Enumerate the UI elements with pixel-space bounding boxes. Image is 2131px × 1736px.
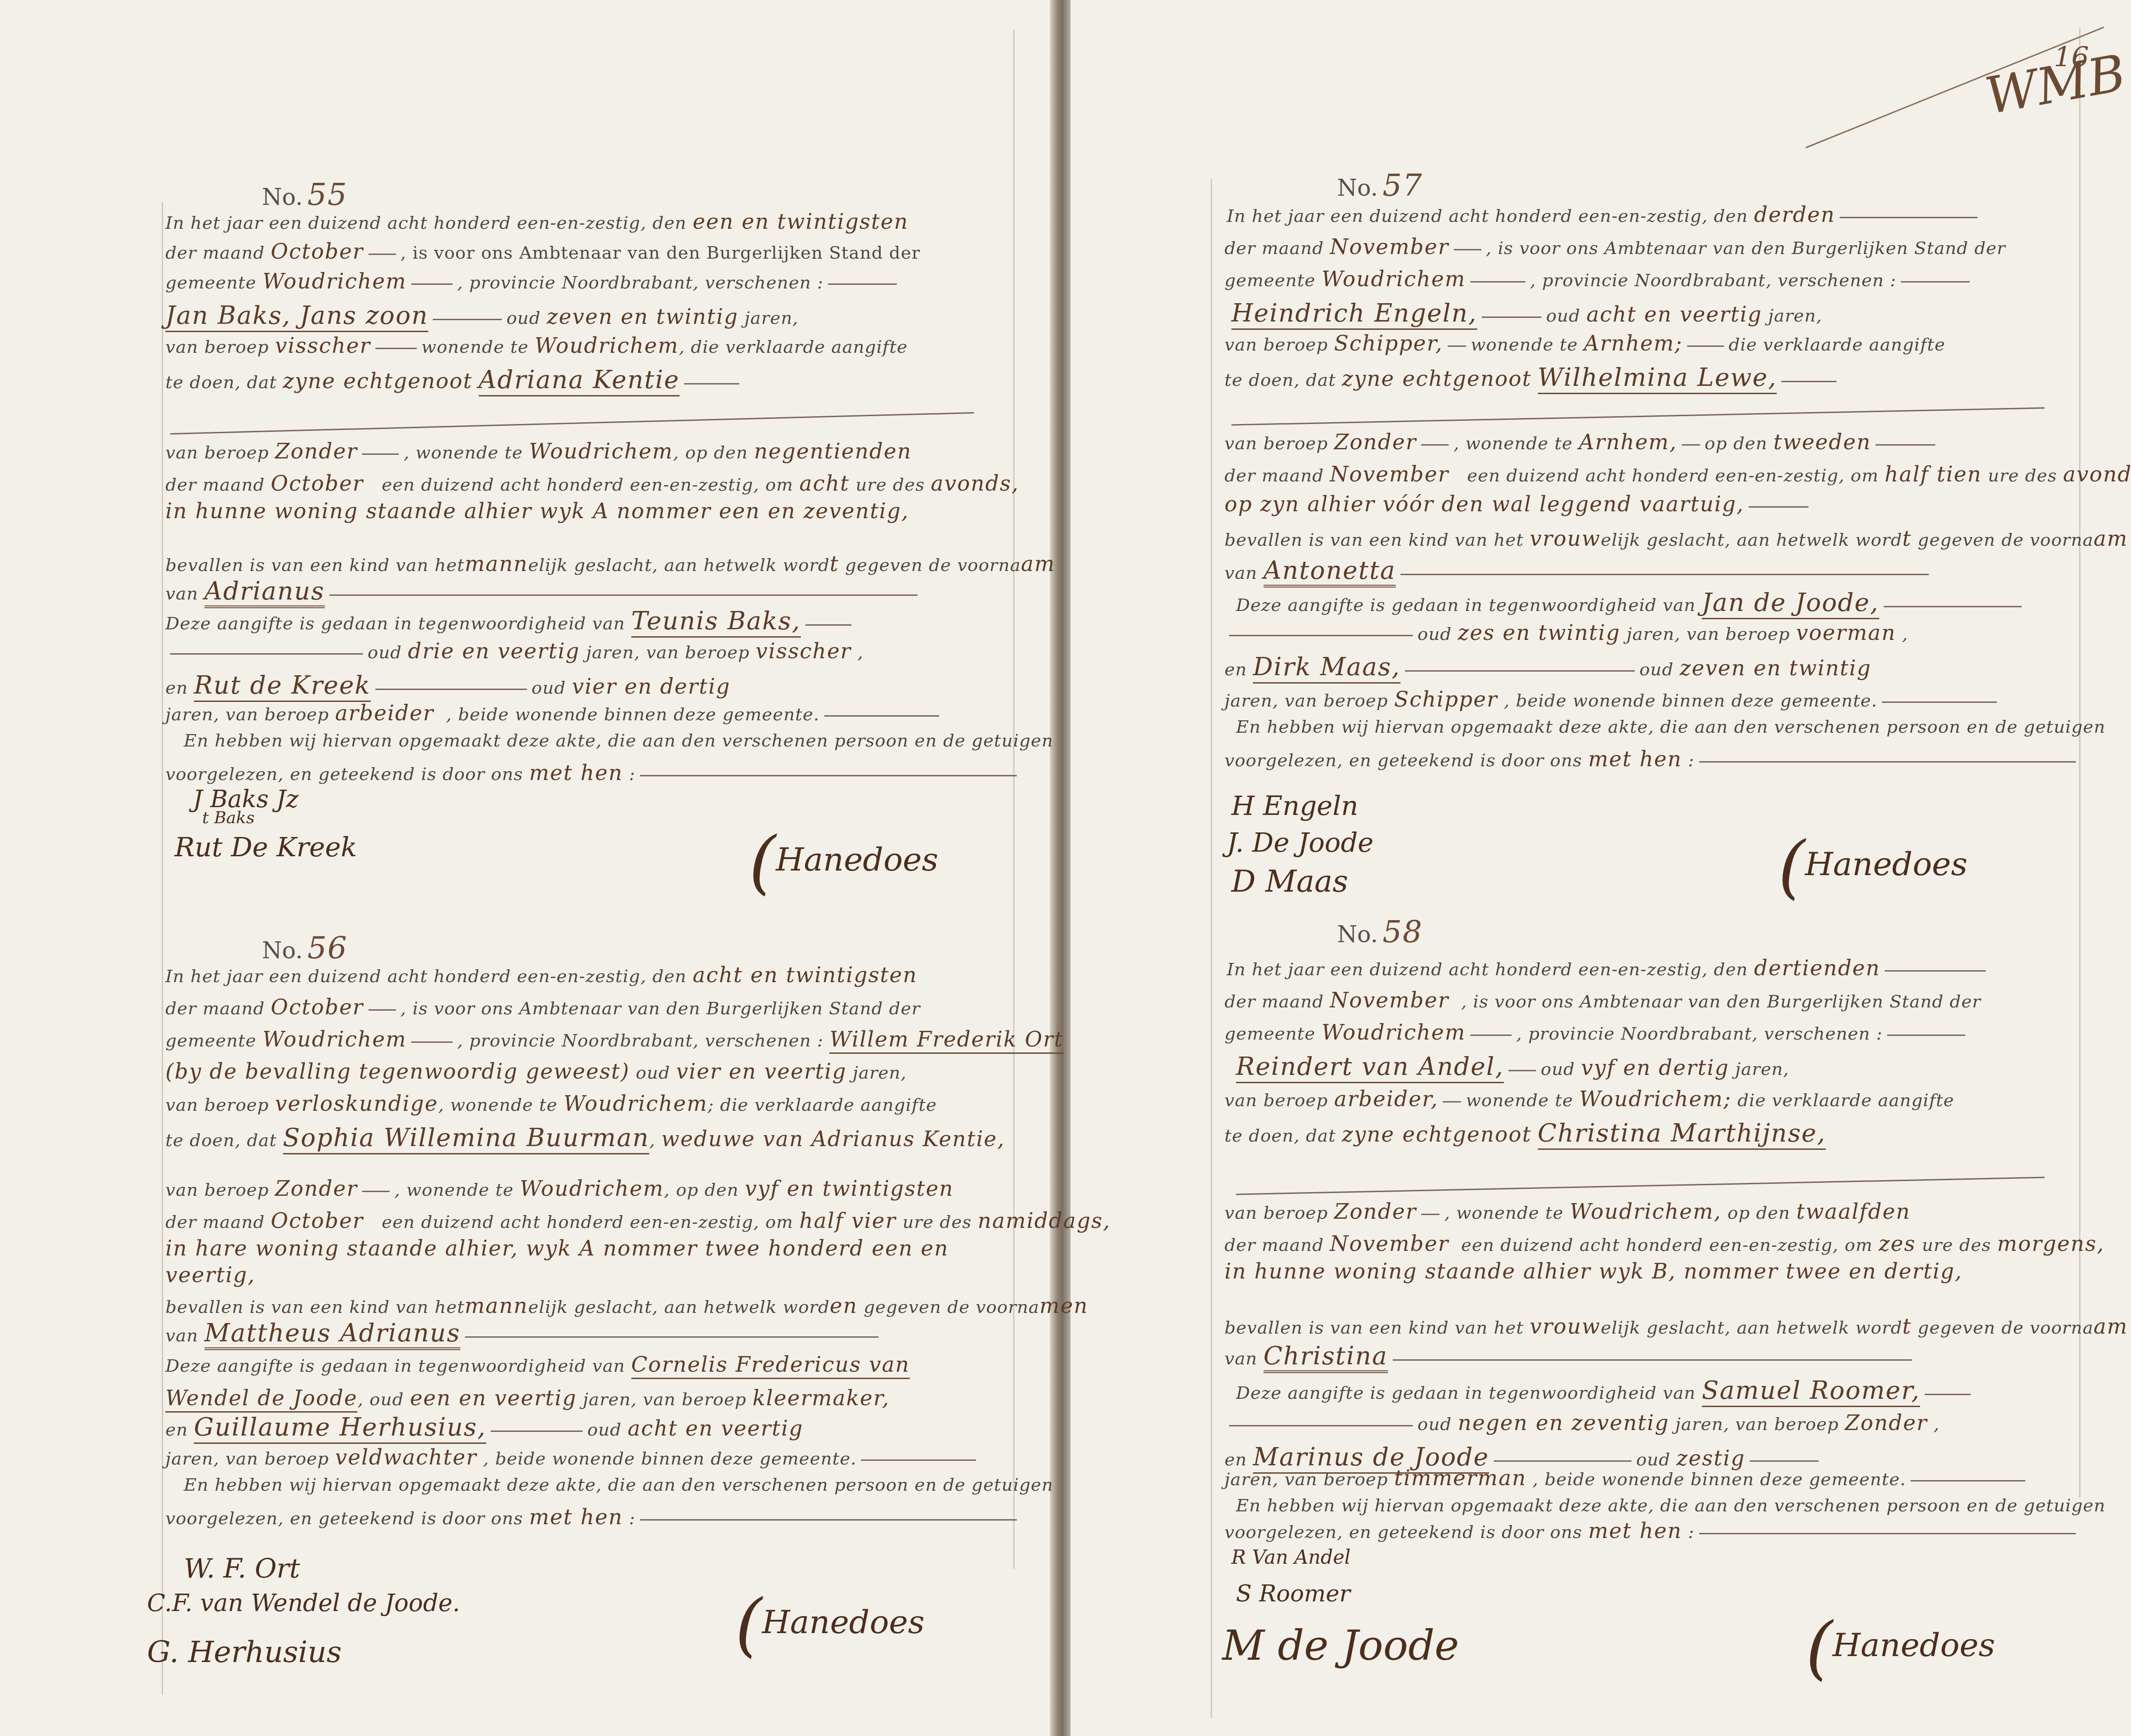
act-line-6: te doen, dat zyne echtgenoot Christina M…: [1224, 1119, 1826, 1148]
act-line-7: van beroep Zonder, wonende te Woudrichem…: [165, 439, 912, 464]
act-line-2: der maand October, is voor ons Ambtenaar…: [165, 239, 920, 264]
act-line-5: van beroep verloskundige, wonende te Wou…: [165, 1091, 937, 1116]
act-line-11: van Antonetta: [1224, 556, 1933, 585]
act-line-10: bevallen is van een kind van het vrouwel…: [1224, 526, 2128, 551]
signature-witness-2: D Maas: [1231, 864, 1348, 899]
act-line-8: der maand November een duizend acht hond…: [1224, 1231, 2104, 1256]
act-number: No.57: [1337, 168, 1423, 203]
officer-signature: (Hanedoes: [1778, 827, 1967, 907]
act-number: No.56: [262, 930, 348, 966]
act-line-9: in hare woning staande alhier, wyk A nom…: [165, 1236, 992, 1289]
act-line-11: van Christina: [1224, 1341, 1916, 1370]
act-line-14: en Dirk Maas,oud zeven en twintig: [1224, 652, 1871, 681]
signature-witness-1: J. De Joode: [1227, 827, 1373, 858]
right-margin-rule: [1211, 179, 1212, 1718]
act-line-13: oud drie en veertig jaren, van beroep vi…: [165, 639, 863, 663]
act-line-5: van beroep arbeider,wonende te Woudriche…: [1224, 1086, 1954, 1111]
act-line-5: van beroep Schipper,wonende te Arnhem;di…: [1224, 331, 1945, 356]
signature-witness: Rut De Kreek: [175, 831, 357, 863]
signature-witness-1: S Roomer: [1236, 1580, 1350, 1607]
act-line-4: Jan Baks, Jans zoonoud zeven en twintig …: [165, 301, 799, 330]
act-line-1: In het jaar een duizend acht honderd een…: [165, 209, 908, 234]
act-line-8: der maand October een duizend acht honde…: [165, 471, 1019, 496]
act-line-13: oud negen en zeventig jaren, van beroep …: [1224, 1410, 1939, 1435]
act-line-10: bevallen is van een kind van hetmannelij…: [165, 1293, 1088, 1318]
act-line-14: en Guillaume Herhusius,oud acht en veert…: [165, 1413, 803, 1442]
signature-declarant: H Engeln: [1231, 790, 1358, 821]
act-line-16: En hebben wij hiervan opgemaakt deze akt…: [184, 730, 1054, 751]
officer-signature: (Hanedoes: [1806, 1608, 1995, 1688]
act-line-7: van beroep Zonder, wonende te Arnhem,op …: [1224, 430, 1940, 454]
act-line-9: in hunne woning staande alhier wyk A nom…: [165, 498, 992, 525]
signature-declarant: W. F. Ort: [184, 1553, 300, 1584]
act-line-2: der maand November , is voor ons Ambtena…: [1224, 988, 1981, 1012]
act-line-3: gemeente Woudrichem, provincie Noordbrab…: [165, 269, 901, 294]
act-line-6: te doen, dat Sophia Willemina Buurman, w…: [165, 1123, 1005, 1152]
act-line-11: van Mattheus Adrianus: [165, 1318, 883, 1347]
act-line-17: voorgelezen, en geteekend is door ons me…: [1224, 1518, 2080, 1543]
act-line-2: der maand November, is voor ons Ambtenaa…: [1224, 234, 2006, 259]
act-line-8: der maand November een duizend acht hond…: [1224, 462, 2131, 486]
act-line-11: van Adrianus: [165, 577, 922, 605]
act-line-12: Deze aangifte is gedaan in tegenwoordigh…: [165, 606, 856, 635]
act-line-17: voorgelezen, en geteekend is door ons me…: [1224, 746, 2080, 771]
act-line-16: En hebben wij hiervan opgemaakt deze akt…: [184, 1475, 1054, 1495]
act-line-14: en Rut de Kreekoud vier en dertig: [165, 671, 731, 700]
act-line-8: der maand October een duizend acht honde…: [165, 1208, 1111, 1233]
act-line-9: in hunne woning staande alhier wyk B, no…: [1224, 1259, 2061, 1285]
officer-signature: (Hanedoes: [735, 1585, 924, 1665]
act-line-10: bevallen is van een kind van hetmannelij…: [165, 551, 1055, 576]
officer-signature: (Hanedoes: [749, 822, 938, 902]
act-line-3: gemeente Woudrichem, provincie Noordbrab…: [1224, 1020, 1970, 1045]
act-line-1: In het jaar een duizend acht honderd een…: [165, 962, 918, 987]
act-line-1: In het jaar een duizend acht honderd een…: [1227, 956, 1990, 980]
act-line-2: der maand October, is voor ons Ambtenaar…: [165, 995, 920, 1019]
act-line-17: voorgelezen, en geteekend is door ons me…: [165, 760, 1021, 785]
act-line-6: te doen, dat zyne echtgenoot Wilhelmina …: [1224, 363, 1841, 392]
signature-witness-2: M de Joode: [1222, 1622, 1459, 1670]
act-line-3: gemeente Woudrichem, provincie Noordbrab…: [165, 1027, 1064, 1052]
act-line-1: In het jaar een duizend acht honderd een…: [1227, 202, 1982, 227]
act-line-13: oud zes en twintig jaren, van beroep voe…: [1224, 620, 1908, 645]
act-line-3: gemeente Woudrichem, provincie Noordbrab…: [1224, 266, 1974, 291]
signature-witness-1: C.F. van Wendel de Joode.: [147, 1589, 460, 1617]
act-line-17: voorgelezen, en geteekend is door ons me…: [165, 1504, 1021, 1529]
signature-declarant: R Van Andel: [1231, 1546, 1350, 1568]
act-line-5: van beroep visscherwonende te Woudrichem…: [165, 333, 907, 358]
act-line-4: (by de bevalling tegenwoordig geweest) o…: [165, 1059, 907, 1084]
act-line-12: Deze aangifte is gedaan in tegenwoordigh…: [1236, 588, 2026, 617]
act-line-16: En hebben wij hiervan opgemaakt deze akt…: [1236, 717, 2106, 737]
signature-witness-2: G. Herhusius: [147, 1635, 342, 1669]
act-line-16: En hebben wij hiervan opgemaakt deze akt…: [1236, 1495, 2106, 1515]
act-line-12: Deze aangifte is gedaan in tegenwoordigh…: [165, 1348, 992, 1415]
act-line-15: jaren, van beroep veldwachter , beide wo…: [165, 1445, 980, 1470]
left-outer-rule: [1013, 30, 1014, 1569]
act-line-7: van beroep Zonder, wonende te Woudrichem…: [1224, 1199, 1910, 1224]
signature-annotation: t Baks: [202, 809, 255, 827]
act-line-4: Heindrich Engeln,oud acht en veertig jar…: [1231, 299, 1822, 328]
act-line-6: te doen, dat zyne echtgenoot Adriana Ken…: [165, 365, 744, 394]
act-line-7: van beroep Zonder, wonende te Woudrichem…: [165, 1176, 954, 1201]
act-line-12: Deze aangifte is gedaan in tegenwoordigh…: [1236, 1376, 1975, 1405]
act-line-15: jaren, van beroep timmerman , beide wone…: [1224, 1465, 2030, 1490]
act-line-15: jaren, van beroep Schipper , beide wonen…: [1224, 687, 2001, 712]
act-line-4: Reindert van Andel,oud vyf en dertig jar…: [1236, 1052, 1789, 1081]
act-line-10: bevallen is van een kind van het vrouwel…: [1224, 1314, 2128, 1339]
act-line-9: op zyn alhier vóór den wal leggend vaart…: [1224, 492, 1813, 516]
left-margin-rule: [162, 202, 163, 1695]
act-number: No.58: [1337, 914, 1423, 950]
act-line-15: jaren, van beroep arbeider , beide wonen…: [165, 701, 944, 725]
act-number: No.55: [262, 177, 348, 212]
